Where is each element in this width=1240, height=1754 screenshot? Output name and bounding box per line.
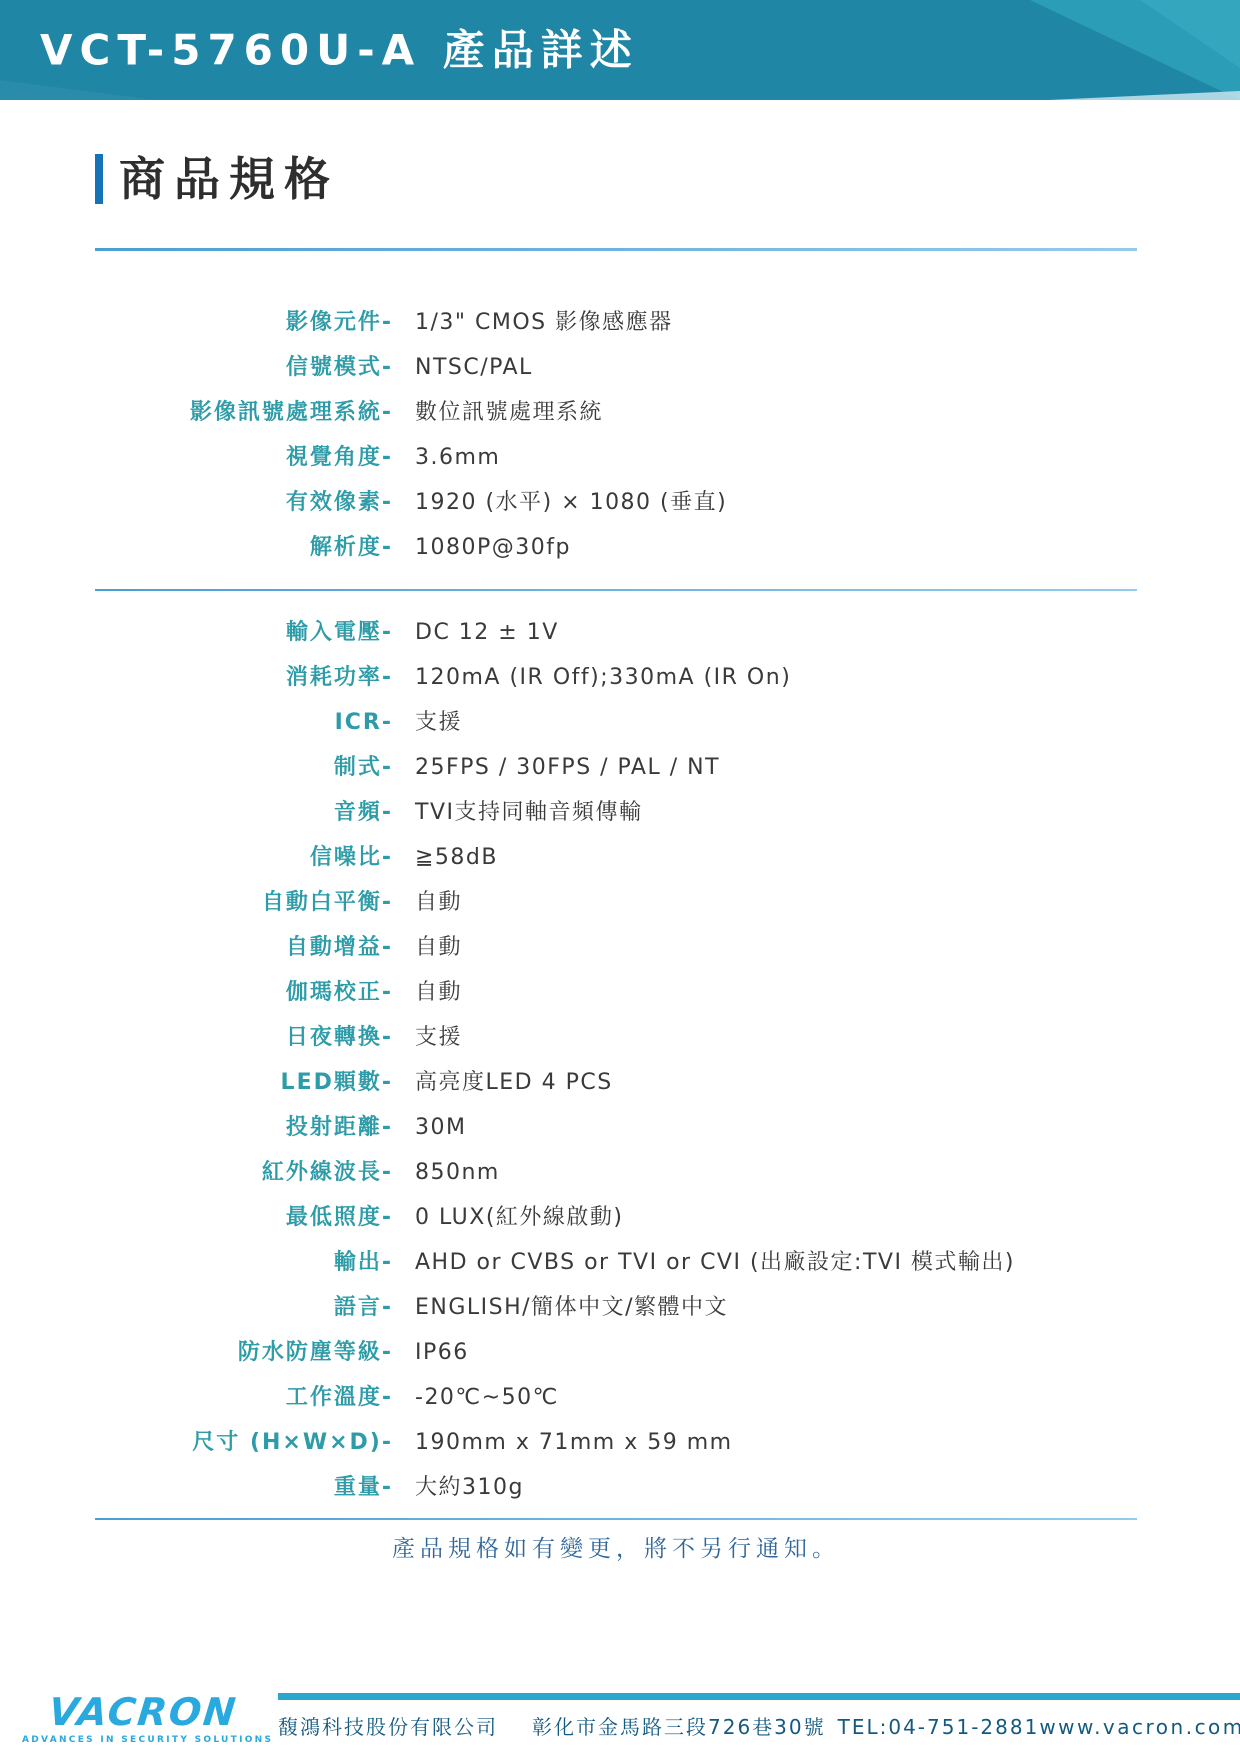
- spec-label: 輸入電壓-: [95, 610, 393, 655]
- spec-row: 有效像素-1920 (水平) × 1080 (垂直): [95, 480, 1137, 525]
- content-area: 商品規格 影像元件-1/3" CMOS 影像感應器信號模式-NTSC/PAL影像…: [95, 100, 1137, 1566]
- spec-value: 支援: [415, 1015, 462, 1060]
- spec-label: 解析度-: [95, 525, 393, 570]
- spec-row: 影像訊號處理系統-數位訊號處理系統: [95, 390, 1137, 435]
- spec-value: 1080P@30fp: [415, 525, 571, 570]
- spec-label: 輸出-: [95, 1240, 393, 1285]
- section-accent-bar: [95, 154, 103, 204]
- spec-label: ICR-: [95, 700, 393, 745]
- spec-row: LED顆數-高亮度LED 4 PCS: [95, 1060, 1137, 1105]
- spec-label: 信噪比-: [95, 835, 393, 880]
- vacron-logo-tagline: ADVANCES IN SECURITY SOLUTIONS: [22, 1735, 264, 1745]
- spec-row: 信噪比-≧58dB: [95, 835, 1137, 880]
- spec-value: 大約310g: [415, 1465, 524, 1510]
- spec-value: ≧58dB: [415, 835, 498, 880]
- footer-accent-bar: [278, 1693, 1240, 1700]
- company-name: 馥鴻科技股份有限公司: [278, 1711, 498, 1740]
- page-title: VCT-5760U-A 產品詳述: [40, 18, 639, 78]
- spec-group: 輸入電壓-DC 12 ± 1V消耗功率-120mA (IR Off);330mA…: [95, 610, 1137, 1510]
- spec-label: 視覺角度-: [95, 435, 393, 480]
- section-header: 商品規格: [95, 148, 1137, 210]
- spec-value: -20℃~50℃: [415, 1375, 559, 1420]
- vacron-logo-wordmark: VACRON: [20, 1693, 266, 1731]
- spec-value: 850nm: [415, 1150, 500, 1195]
- company-address: 彰化市金馬路三段726巷30號: [532, 1711, 826, 1740]
- spec-value: 數位訊號處理系統: [415, 390, 603, 435]
- page-banner: VCT-5760U-A 產品詳述: [0, 0, 1240, 100]
- spec-table: 影像元件-1/3" CMOS 影像感應器信號模式-NTSC/PAL影像訊號處理系…: [95, 300, 1137, 1510]
- vacron-logo: VACRON ADVANCES IN SECURITY SOLUTIONS: [22, 1693, 264, 1745]
- spec-row: 消耗功率-120mA (IR Off);330mA (IR On): [95, 655, 1137, 700]
- spec-label: 最低照度-: [95, 1195, 393, 1240]
- spec-row: 紅外線波長-850nm: [95, 1150, 1137, 1195]
- spec-row: 解析度-1080P@30fp: [95, 525, 1137, 570]
- spec-value: 120mA (IR Off);330mA (IR On): [415, 655, 791, 700]
- spec-label: 投射距離-: [95, 1105, 393, 1150]
- section-underline: [95, 248, 1137, 251]
- spec-label: 重量-: [95, 1465, 393, 1510]
- spec-label: 消耗功率-: [95, 655, 393, 700]
- spec-label: 自動增益-: [95, 925, 393, 970]
- spec-sheet-page: VCT-5760U-A 產品詳述 商品規格 影像元件-1/3" CMOS 影像感…: [0, 0, 1240, 1754]
- spec-value: DC 12 ± 1V: [415, 610, 559, 655]
- spec-label: 影像元件-: [95, 300, 393, 345]
- spec-label: 工作溫度-: [95, 1375, 393, 1420]
- spec-row: 尺寸 (H×W×D)-190mm x 71mm x 59 mm: [95, 1420, 1137, 1465]
- spec-row: 最低照度-0 LUX(紅外線啟動): [95, 1195, 1137, 1240]
- spec-value: 自動: [415, 970, 462, 1015]
- spec-value: 0 LUX(紅外線啟動): [415, 1195, 624, 1240]
- spec-value: IP66: [415, 1330, 469, 1375]
- spec-row: 視覺角度-3.6mm: [95, 435, 1137, 480]
- footer-contact-line: 馥鴻科技股份有限公司 彰化市金馬路三段726巷30號 TEL:04-751-28…: [278, 1711, 1240, 1740]
- spec-value: TVI支持同軸音頻傳輸: [415, 790, 642, 835]
- spec-row: 音頻-TVI支持同軸音頻傳輸: [95, 790, 1137, 835]
- spec-value: ENGLISH/簡体中文/繁體中文: [415, 1285, 728, 1330]
- spec-value: AHD or CVBS or TVI or CVI (出廠設定:TVI 模式輸出…: [415, 1240, 1015, 1285]
- spec-label: 日夜轉換-: [95, 1015, 393, 1060]
- spec-row: 防水防塵等級-IP66: [95, 1330, 1137, 1375]
- spec-value: 支援: [415, 700, 462, 745]
- spec-label: 尺寸 (H×W×D)-: [95, 1420, 393, 1465]
- spec-row: 日夜轉換-支援: [95, 1015, 1137, 1060]
- spec-label: LED顆數-: [95, 1060, 393, 1105]
- spec-row: ICR-支援: [95, 700, 1137, 745]
- spec-row: 影像元件-1/3" CMOS 影像感應器: [95, 300, 1137, 345]
- spec-label: 音頻-: [95, 790, 393, 835]
- section-title: 商品規格: [119, 148, 339, 210]
- spec-label: 語言-: [95, 1285, 393, 1330]
- company-phone: TEL:04-751-2881: [838, 1715, 1040, 1739]
- footer-info-block: 馥鴻科技股份有限公司 彰化市金馬路三段726巷30號 TEL:04-751-28…: [278, 1693, 1240, 1740]
- spec-value: 自動: [415, 880, 462, 925]
- spec-row: 投射距離-30M: [95, 1105, 1137, 1150]
- spec-row: 自動白平衡-自動: [95, 880, 1137, 925]
- spec-row: 輸出-AHD or CVBS or TVI or CVI (出廠設定:TVI 模…: [95, 1240, 1137, 1285]
- spec-row: 重量-大約310g: [95, 1465, 1137, 1510]
- bottom-divider: [95, 1518, 1137, 1520]
- group-divider: [95, 589, 1137, 591]
- spec-value: 3.6mm: [415, 435, 500, 480]
- spec-value: NTSC/PAL: [415, 345, 533, 390]
- spec-label: 信號模式-: [95, 345, 393, 390]
- spec-label: 制式-: [95, 745, 393, 790]
- spec-row: 制式-25FPS / 30FPS / PAL / NT: [95, 745, 1137, 790]
- spec-value: 190mm x 71mm x 59 mm: [415, 1420, 733, 1465]
- spec-label: 伽瑪校正-: [95, 970, 393, 1015]
- spec-change-note: 產品規格如有變更，將不另行通知。: [95, 1532, 1137, 1566]
- spec-label: 自動白平衡-: [95, 880, 393, 925]
- spec-row: 工作溫度--20℃~50℃: [95, 1375, 1137, 1420]
- spec-group: 影像元件-1/3" CMOS 影像感應器信號模式-NTSC/PAL影像訊號處理系…: [95, 300, 1137, 570]
- spec-row: 語言-ENGLISH/簡体中文/繁體中文: [95, 1285, 1137, 1330]
- spec-label: 有效像素-: [95, 480, 393, 525]
- spec-value: 1920 (水平) × 1080 (垂直): [415, 480, 727, 525]
- spec-value: 25FPS / 30FPS / PAL / NT: [415, 745, 720, 790]
- spec-value: 30M: [415, 1105, 466, 1150]
- spec-label: 紅外線波長-: [95, 1150, 393, 1195]
- spec-row: 輸入電壓-DC 12 ± 1V: [95, 610, 1137, 655]
- page-footer: VACRON ADVANCES IN SECURITY SOLUTIONS 馥鴻…: [0, 1684, 1240, 1754]
- spec-row: 伽瑪校正-自動: [95, 970, 1137, 1015]
- spec-row: 信號模式-NTSC/PAL: [95, 345, 1137, 390]
- spec-label: 影像訊號處理系統-: [95, 390, 393, 435]
- spec-value: 自動: [415, 925, 462, 970]
- spec-label: 防水防塵等級-: [95, 1330, 393, 1375]
- spec-row: 自動增益-自動: [95, 925, 1137, 970]
- spec-value: 1/3" CMOS 影像感應器: [415, 300, 673, 345]
- spec-value: 高亮度LED 4 PCS: [415, 1060, 613, 1105]
- company-website: www.vacron.com.tw: [1039, 1715, 1240, 1739]
